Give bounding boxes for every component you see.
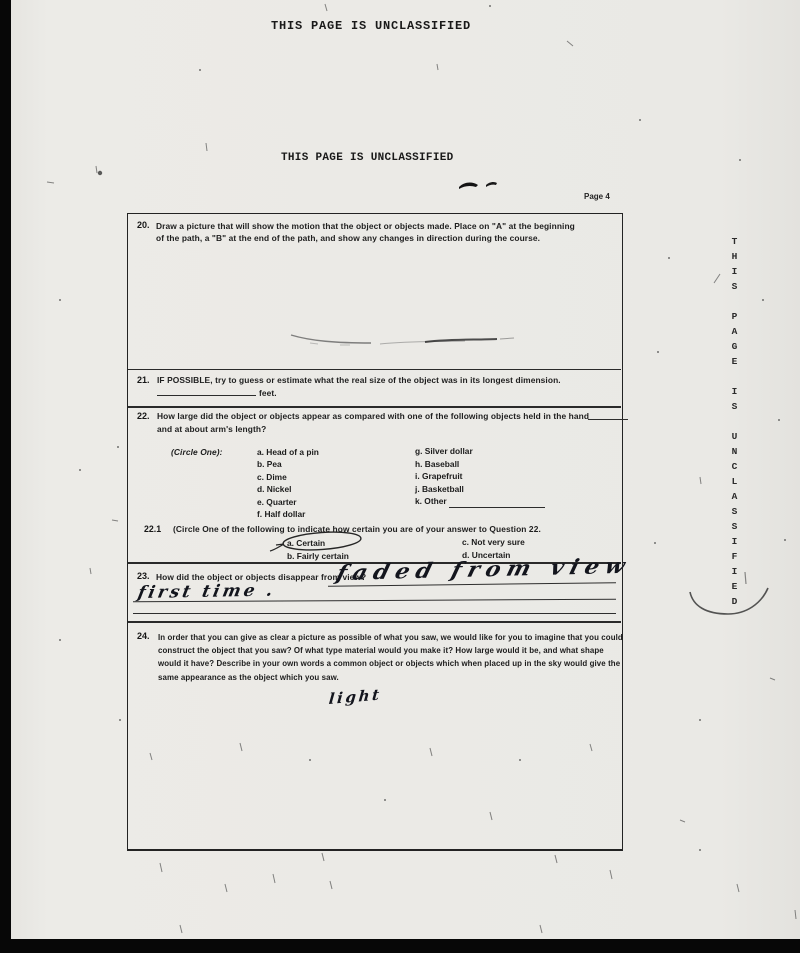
scan-noise <box>0 0 800 953</box>
scanned-page: THIS PAGE IS UNCLASSIFIED THIS PAGE IS U… <box>0 0 800 953</box>
